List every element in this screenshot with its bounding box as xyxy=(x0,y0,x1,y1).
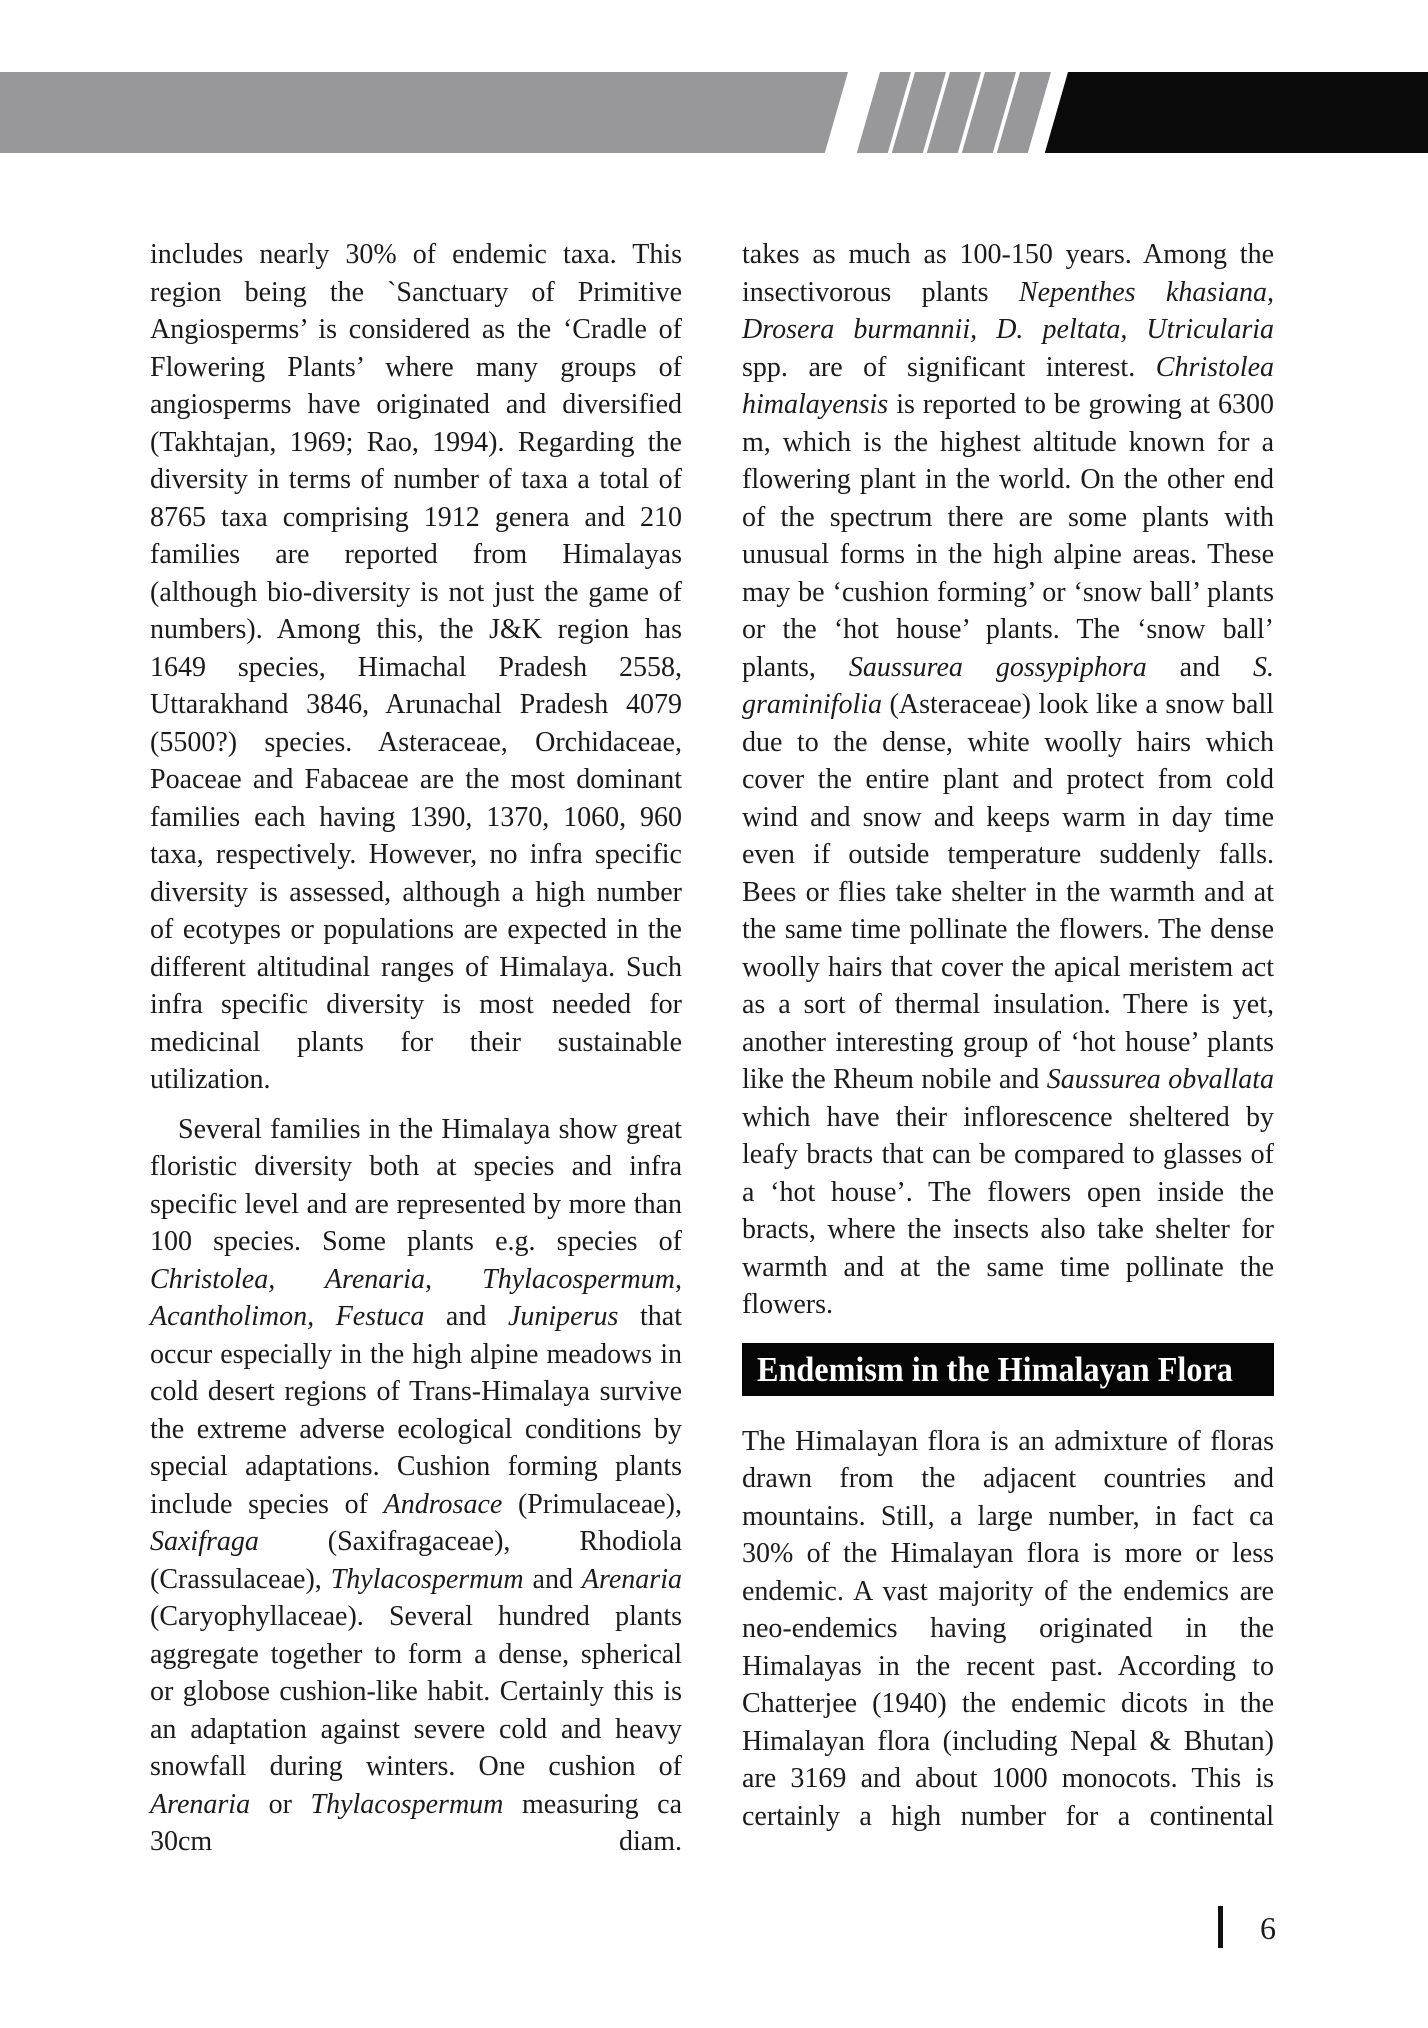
section-heading-text: Endemism in the Himalayan Flora xyxy=(757,1343,1233,1396)
paragraph-left-2: Several families in the Himalaya show gr… xyxy=(150,1111,682,1861)
section-heading: Endemism in the Himalayan Flora xyxy=(742,1343,1274,1396)
paragraph-left-1: includes nearly 30% of endemic taxa. Thi… xyxy=(150,236,682,1099)
paragraph-right-2: The Himalayan flora is an admixture of f… xyxy=(742,1423,1274,1836)
column-right: takes as much as 100-150 years. Among th… xyxy=(742,236,1274,1835)
footer-divider xyxy=(1218,1906,1223,1948)
header-band xyxy=(0,72,1428,153)
header-bar-gray xyxy=(0,72,848,153)
column-left: includes nearly 30% of endemic taxa. Thi… xyxy=(150,236,682,1861)
paragraph-right-1: takes as much as 100-150 years. Among th… xyxy=(742,236,1274,1324)
page: includes nearly 30% of endemic taxa. Thi… xyxy=(0,0,1428,2028)
page-number: 6 xyxy=(1242,1908,1294,1948)
header-bar-black xyxy=(1045,72,1428,153)
